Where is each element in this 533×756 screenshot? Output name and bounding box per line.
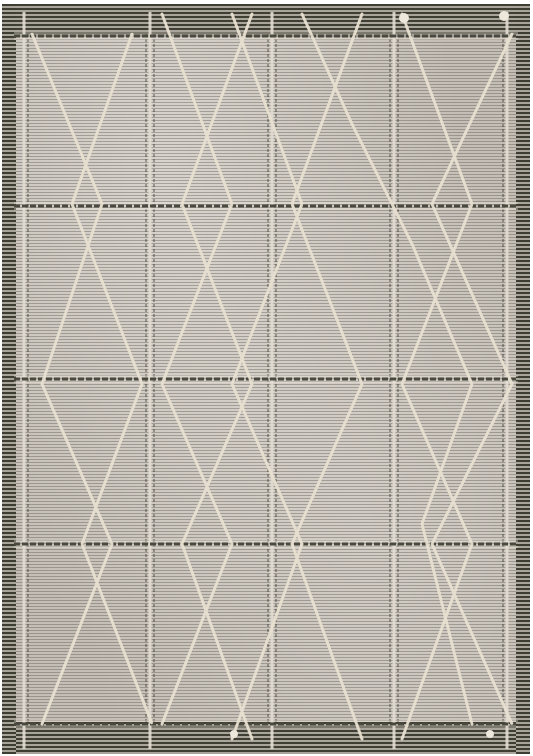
rug-image: [2, 4, 530, 754]
rug-pattern: [2, 4, 530, 754]
